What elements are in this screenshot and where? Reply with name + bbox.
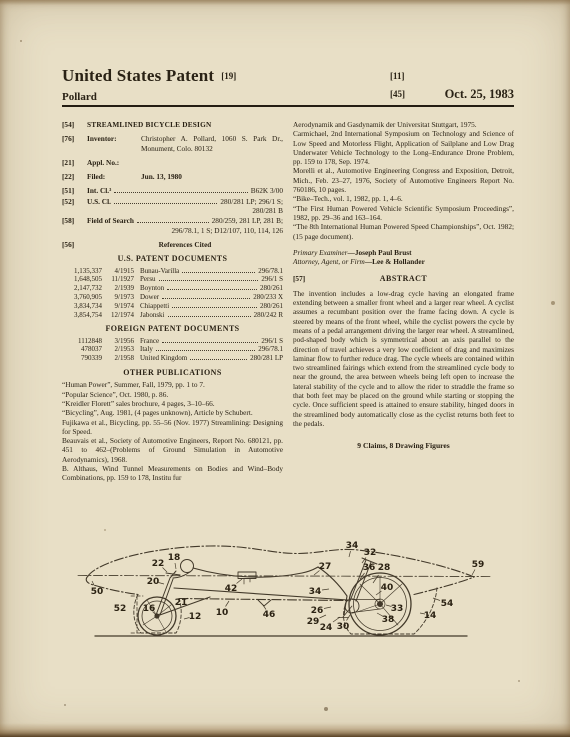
ref-date: 2/1958 xyxy=(102,354,134,363)
foreign-patent-documents-list: 1112848 3/1956 France 296/1 S 478037 2/1… xyxy=(62,337,283,363)
us-cl-label: U.S. Cl. xyxy=(87,197,111,206)
patent-front-page: United States Patent[19] [11] Pollard [4… xyxy=(62,66,514,483)
ref-class: 280/281 LP xyxy=(250,354,283,363)
publication-entry: B. Althaus, Wind Tunnel Measurements on … xyxy=(62,464,283,483)
claims-line: 9 Claims, 8 Drawing Figures xyxy=(293,441,514,450)
us-cl-value-2: 280/281 B xyxy=(87,206,283,215)
publication-entry: “Popular Science”, Oct. 1980, p. 86. xyxy=(62,390,283,399)
appl-code: [21] xyxy=(62,158,87,167)
ref-country: France xyxy=(140,337,159,346)
paper-bottom-edge xyxy=(0,723,570,737)
figure-ref-numeral: 52 xyxy=(114,604,127,614)
abstract-code: [57] xyxy=(293,274,318,283)
abstract-heading-row: [57] ABSTRACT xyxy=(293,274,514,283)
filed-value: Jun. 13, 1980 xyxy=(141,172,283,181)
section-filed: [22] Filed: Jun. 13, 1980 xyxy=(62,172,283,181)
ref-country: Italy xyxy=(140,345,153,354)
us-patent-documents-list: 1,135,337 4/1915 Bunau-Varilla 296/78.1 … xyxy=(62,267,283,320)
figure-ref-numeral: 20 xyxy=(147,577,160,587)
appl-label: Appl. No.: xyxy=(87,158,141,167)
ref-date: 9/1973 xyxy=(102,293,134,302)
abstract-heading-spacer xyxy=(489,274,514,283)
ref-number: 1,135,337 xyxy=(62,267,102,276)
inventor-value: Christopher A. Pollard, 1060 S. Park Dr.… xyxy=(141,134,283,153)
ref-name: Persu xyxy=(140,275,156,284)
ref-name: Jabonski xyxy=(140,311,165,320)
inventor-label: Inventor: xyxy=(87,134,141,153)
kind-code: [19] xyxy=(221,71,236,81)
figure-leader-line xyxy=(175,563,176,569)
publication-entry: “Bike–Tech., vol. 1, 1982, pp. 1, 4–6. xyxy=(293,194,514,203)
publication-entry: Fujikawa et al., Bicycling, pp. 55–56 (N… xyxy=(62,418,283,437)
section-references: [56] References Cited xyxy=(62,240,283,249)
ref-number: 1,648,505 xyxy=(62,275,102,284)
section-field-of-search: [58] Field of Search 280/259, 281 LP, 28… xyxy=(62,216,283,235)
foreign-patent-row: 478037 2/1953 Italy 296/78.1 xyxy=(62,345,283,354)
publication-entry: “The First Human Powered Vehicle Scienti… xyxy=(293,204,514,223)
references-heading: References Cited xyxy=(87,240,283,249)
ref-number: 3,854,754 xyxy=(62,311,102,320)
publication-entry: Morelli et al., Automotive Engineering C… xyxy=(293,166,514,194)
inventor-surname: Pollard xyxy=(62,91,97,103)
abstract-text: The invention includes a low-drag cycle … xyxy=(293,289,514,428)
us-patent-row: 1,648,505 11/1927 Persu 296/1 S xyxy=(62,275,283,284)
figure-ref-numeral: 24 xyxy=(320,623,333,633)
ref-date: 12/1974 xyxy=(102,311,134,320)
dot-leader xyxy=(156,350,255,351)
us-patent-row: 1,135,337 4/1915 Bunau-Varilla 296/78.1 xyxy=(62,267,283,276)
ref-number: 1112848 xyxy=(62,337,102,346)
header-row-2: Pollard [45] Oct. 25, 1983 xyxy=(62,87,514,102)
figure-leader-line xyxy=(433,598,440,601)
figure-ref-numeral: 38 xyxy=(382,615,395,625)
ref-date: 2/1939 xyxy=(102,284,134,293)
us-patent-documents-heading: U.S. PATENT DOCUMENTS xyxy=(62,254,283,263)
figure-leader-line xyxy=(324,607,331,609)
figure-leader-line xyxy=(472,570,475,576)
ref-name: Bunau-Varilla xyxy=(140,267,179,276)
figure-tail-outline xyxy=(414,577,474,595)
publication-entry: Aerodynamik and Gasdynamik der Universit… xyxy=(293,120,514,129)
references-code: [56] xyxy=(62,240,87,249)
ref-class: 296/1 S xyxy=(261,337,283,346)
right-column: Aerodynamik and Gasdynamik der Universit… xyxy=(293,120,514,483)
filed-label: Filed: xyxy=(87,172,141,181)
dot-leader xyxy=(162,298,250,299)
ref-class: 280/233 X xyxy=(253,293,283,302)
paper-top-edge xyxy=(0,0,570,5)
int-cl-code: [51] xyxy=(62,186,87,195)
publication-entry: Beauvais et al., Society of Automotive E… xyxy=(62,436,283,464)
dot-leader xyxy=(172,307,257,308)
int-cl-value: B62K 3/00 xyxy=(251,186,283,195)
figure-ref-numeral: 21 xyxy=(175,598,188,608)
us-patent-row: 3,834,734 9/1974 Chiappetti 280/261 xyxy=(62,302,283,311)
primary-examiner-line: Primary Examiner—Joseph Paul Brust xyxy=(293,248,514,257)
figure-leader-line xyxy=(92,581,95,586)
figure-ref-numeral: 46 xyxy=(263,610,276,620)
figure-ref-numeral: 10 xyxy=(216,608,229,618)
foreign-patent-row: 1112848 3/1956 France 296/1 S xyxy=(62,337,283,346)
section-appl-no: [21] Appl. No.: xyxy=(62,158,283,167)
ref-name: Chiappetti xyxy=(140,302,169,311)
examiner-label: Primary Examiner xyxy=(293,248,348,257)
publication-entry: “Bicycling”, Aug. 1981, (4 pages unknown… xyxy=(62,408,283,417)
ref-name: Boynton xyxy=(140,284,164,293)
figure-ref-numeral: 18 xyxy=(168,553,181,563)
figure-ref-numeral: 54 xyxy=(441,599,454,609)
figure-gear-linkage xyxy=(244,579,250,585)
section-inventor: [76] Inventor: Christopher A. Pollard, 1… xyxy=(62,134,283,153)
us-patent-row: 3,854,754 12/1974 Jabonski 280/242 R xyxy=(62,311,283,320)
ref-class: 296/1 S xyxy=(261,275,283,284)
attorney-line: Attorney, Agent, or Firm—Lee & Hollander xyxy=(293,257,514,266)
publication-entry: Carmichael, 2nd International Symposium … xyxy=(293,129,514,166)
ref-class: 296/78.1 xyxy=(258,267,283,276)
publications-continued-list: Aerodynamik and Gasdynamik der Universit… xyxy=(293,120,514,241)
dot-leader xyxy=(114,203,217,204)
section-us-cl: [52] U.S. Cl. 280/281 LP; 296/1 S; 280/2… xyxy=(62,197,283,216)
issue-date: Oct. 25, 1983 xyxy=(445,87,514,102)
publication-entry: “The 8th International Human Powered Spe… xyxy=(293,222,514,241)
figure-ref-numeral: 16 xyxy=(143,604,156,614)
int-cl-label: Int. Cl.³ xyxy=(87,186,111,195)
figure-ref-numeral: 34 xyxy=(309,587,322,597)
figure-rider-head xyxy=(181,560,194,573)
field-value: 280/259, 281 LP, 281 B; xyxy=(212,216,283,225)
dot-leader xyxy=(159,280,259,281)
patent-number-code: [11] xyxy=(390,71,405,81)
field-value-2: 296/78.1, 1 S; D12/107, 110, 114, 126 xyxy=(87,226,283,235)
figure-ref-numeral: 40 xyxy=(381,583,394,593)
ref-number: 2,147,732 xyxy=(62,284,102,293)
section-title: [54] STREAMLINED BICYCLE DESIGN xyxy=(62,120,283,129)
figure-ref-numeral: 32 xyxy=(364,548,377,558)
figure-leader-line xyxy=(226,601,230,607)
section-int-cl: [51] Int. Cl.³ B62K 3/00 xyxy=(62,186,283,195)
foreign-patent-documents-heading: FOREIGN PATENT DOCUMENTS xyxy=(62,324,283,333)
us-cl-value: 280/281 LP; 296/1 S; xyxy=(220,197,283,206)
dot-leader xyxy=(182,272,255,273)
dot-leader xyxy=(137,222,209,223)
figure-ref-numeral: 29 xyxy=(307,617,320,627)
attorney-label: Attorney, Agent, or Firm xyxy=(293,257,365,266)
field-code: [58] xyxy=(62,216,87,235)
dot-leader xyxy=(162,342,258,343)
other-publications-heading: OTHER PUBLICATIONS xyxy=(62,368,283,377)
two-column-body: [54] STREAMLINED BICYCLE DESIGN [76] Inv… xyxy=(62,120,514,483)
left-column: [54] STREAMLINED BICYCLE DESIGN [76] Inv… xyxy=(62,120,283,483)
examiner-name: —Joseph Paul Brust xyxy=(348,248,412,257)
figure-leader-line xyxy=(237,579,243,584)
dot-leader xyxy=(168,316,251,317)
dot-leader xyxy=(190,359,247,360)
us-patent-row: 3,760,905 9/1973 Dower 280/233 X xyxy=(62,293,283,302)
figure-ref-numeral: 42 xyxy=(225,584,238,594)
figure-ref-numeral: 22 xyxy=(152,559,165,569)
publication-entry: “Human Power”, Summer, Fall, 1979, pp. 1… xyxy=(62,380,283,389)
header-row-1: United States Patent[19] [11] xyxy=(62,66,514,86)
patent-figure: 3432591822273628205042344052162112104626… xyxy=(0,538,570,737)
field-label: Field of Search xyxy=(87,216,134,225)
ref-number: 3,834,734 xyxy=(62,302,102,311)
abstract-heading: ABSTRACT xyxy=(318,274,489,283)
figure-leader-line xyxy=(322,589,329,590)
appl-value xyxy=(141,158,283,167)
ref-date: 3/1956 xyxy=(102,337,134,346)
ref-number: 790339 xyxy=(62,354,102,363)
us-patent-row: 2,147,732 2/1939 Boynton 280/261 xyxy=(62,284,283,293)
figure-ref-numeral: 59 xyxy=(472,560,485,570)
figure-ref-numeral: 33 xyxy=(391,604,404,614)
figure-ref-numeral: 12 xyxy=(189,612,202,622)
ref-number: 3,760,905 xyxy=(62,293,102,302)
title-code: [54] xyxy=(62,120,87,129)
filed-code: [22] xyxy=(62,172,87,181)
ref-name: Dower xyxy=(140,293,159,302)
figure-ref-numeral: 36 xyxy=(363,563,376,573)
ref-class: 280/242 R xyxy=(254,311,283,320)
ref-class: 280/261 xyxy=(260,302,283,311)
ref-class: 280/261 xyxy=(260,284,283,293)
paper-specks xyxy=(20,40,22,42)
examiner-block: Primary Examiner—Joseph Paul Brust Attor… xyxy=(293,248,514,267)
foreign-patent-row: 790339 2/1958 United Kingdom 280/281 LP xyxy=(62,354,283,363)
other-publications-list: “Human Power”, Summer, Fall, 1979, pp. 1… xyxy=(62,380,283,482)
attorney-name: —Lee & Hollander xyxy=(365,257,425,266)
figure-support-bracket xyxy=(258,600,271,606)
header-rule xyxy=(62,105,514,107)
figure-ref-numeral: 14 xyxy=(424,611,437,621)
inventor-code: [76] xyxy=(62,134,87,153)
ref-date: 11/1927 xyxy=(102,275,134,284)
ref-class: 296/78.1 xyxy=(258,345,283,354)
ref-date: 9/1974 xyxy=(102,302,134,311)
page-title: United States Patent xyxy=(62,66,214,85)
figure-ref-numeral: 30 xyxy=(337,622,350,632)
dot-leader xyxy=(114,192,247,193)
figure-leader-line xyxy=(349,551,351,557)
invention-title: STREAMLINED BICYCLE DESIGN xyxy=(87,120,283,129)
figure-leader-line xyxy=(159,583,165,585)
issue-date-code: [45] xyxy=(390,89,405,99)
publication-entry: “Kreidler Florett” sales brochure, 4 pag… xyxy=(62,399,283,408)
ref-date: 2/1953 xyxy=(102,345,134,354)
ref-date: 4/1915 xyxy=(102,267,134,276)
ref-country: United Kingdom xyxy=(140,354,187,363)
us-cl-code: [52] xyxy=(62,197,87,216)
figure-ref-numeral: 26 xyxy=(311,606,324,616)
figure-ref-numeral: 28 xyxy=(378,563,391,573)
figure-ref-numeral: 34 xyxy=(346,541,359,551)
dot-leader xyxy=(167,289,257,290)
figure-ref-numeral: 50 xyxy=(91,587,104,597)
figure-body-top-outline xyxy=(88,546,474,577)
ref-number: 478037 xyxy=(62,345,102,354)
figure-ref-numeral: 27 xyxy=(319,562,332,572)
figure-rear-spokes xyxy=(357,577,402,625)
